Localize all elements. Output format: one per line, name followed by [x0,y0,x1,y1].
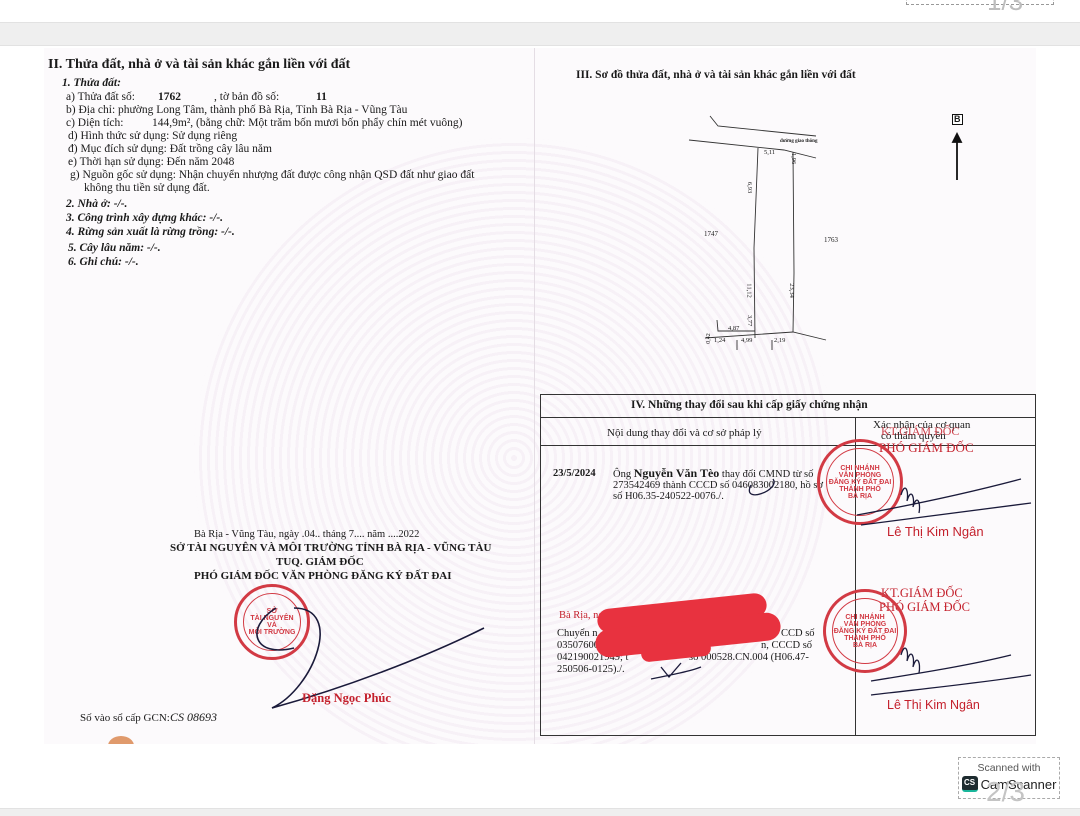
dim-bottom-right: 2,19 [774,334,785,347]
dim-bottom-left-b: 1,24 [714,334,725,347]
camscanner-logo-icon: CS [962,776,978,792]
neighbor-parcel-right: 1763 [824,234,838,247]
north-arrow-icon: B [952,114,963,125]
dim-left-upper: 6,93 [743,182,756,193]
viewer-page-separator-bottom [0,808,1080,816]
dim-bottom-mid: 4,99 [741,334,752,347]
table-signature-scribbles [541,395,1035,735]
viewer-page-separator-top [0,22,1080,46]
dim-left-middle: 11,12 [743,283,756,297]
dim-left-lower: 3,77 [743,315,756,326]
land-certificate-page: II. Thửa đất, nhà ở và tài sản khác gắn … [44,48,1036,744]
neighbor-parcel-left: 1747 [704,228,718,241]
dim-right: 23,34 [785,283,798,298]
page-indicator-bottom: 2/3 [986,776,1025,808]
page-indicator-top: 1/3 [906,0,1054,5]
changes-table: IV. Những thay đổi sau khi cấp giấy chứn… [540,394,1036,736]
road-label: đường giao thông [780,135,817,148]
dim-top: 5,11 [764,146,775,159]
dim-bottom-step: 4,87 [728,322,739,335]
dim-top-right: 1,96 [787,153,800,164]
